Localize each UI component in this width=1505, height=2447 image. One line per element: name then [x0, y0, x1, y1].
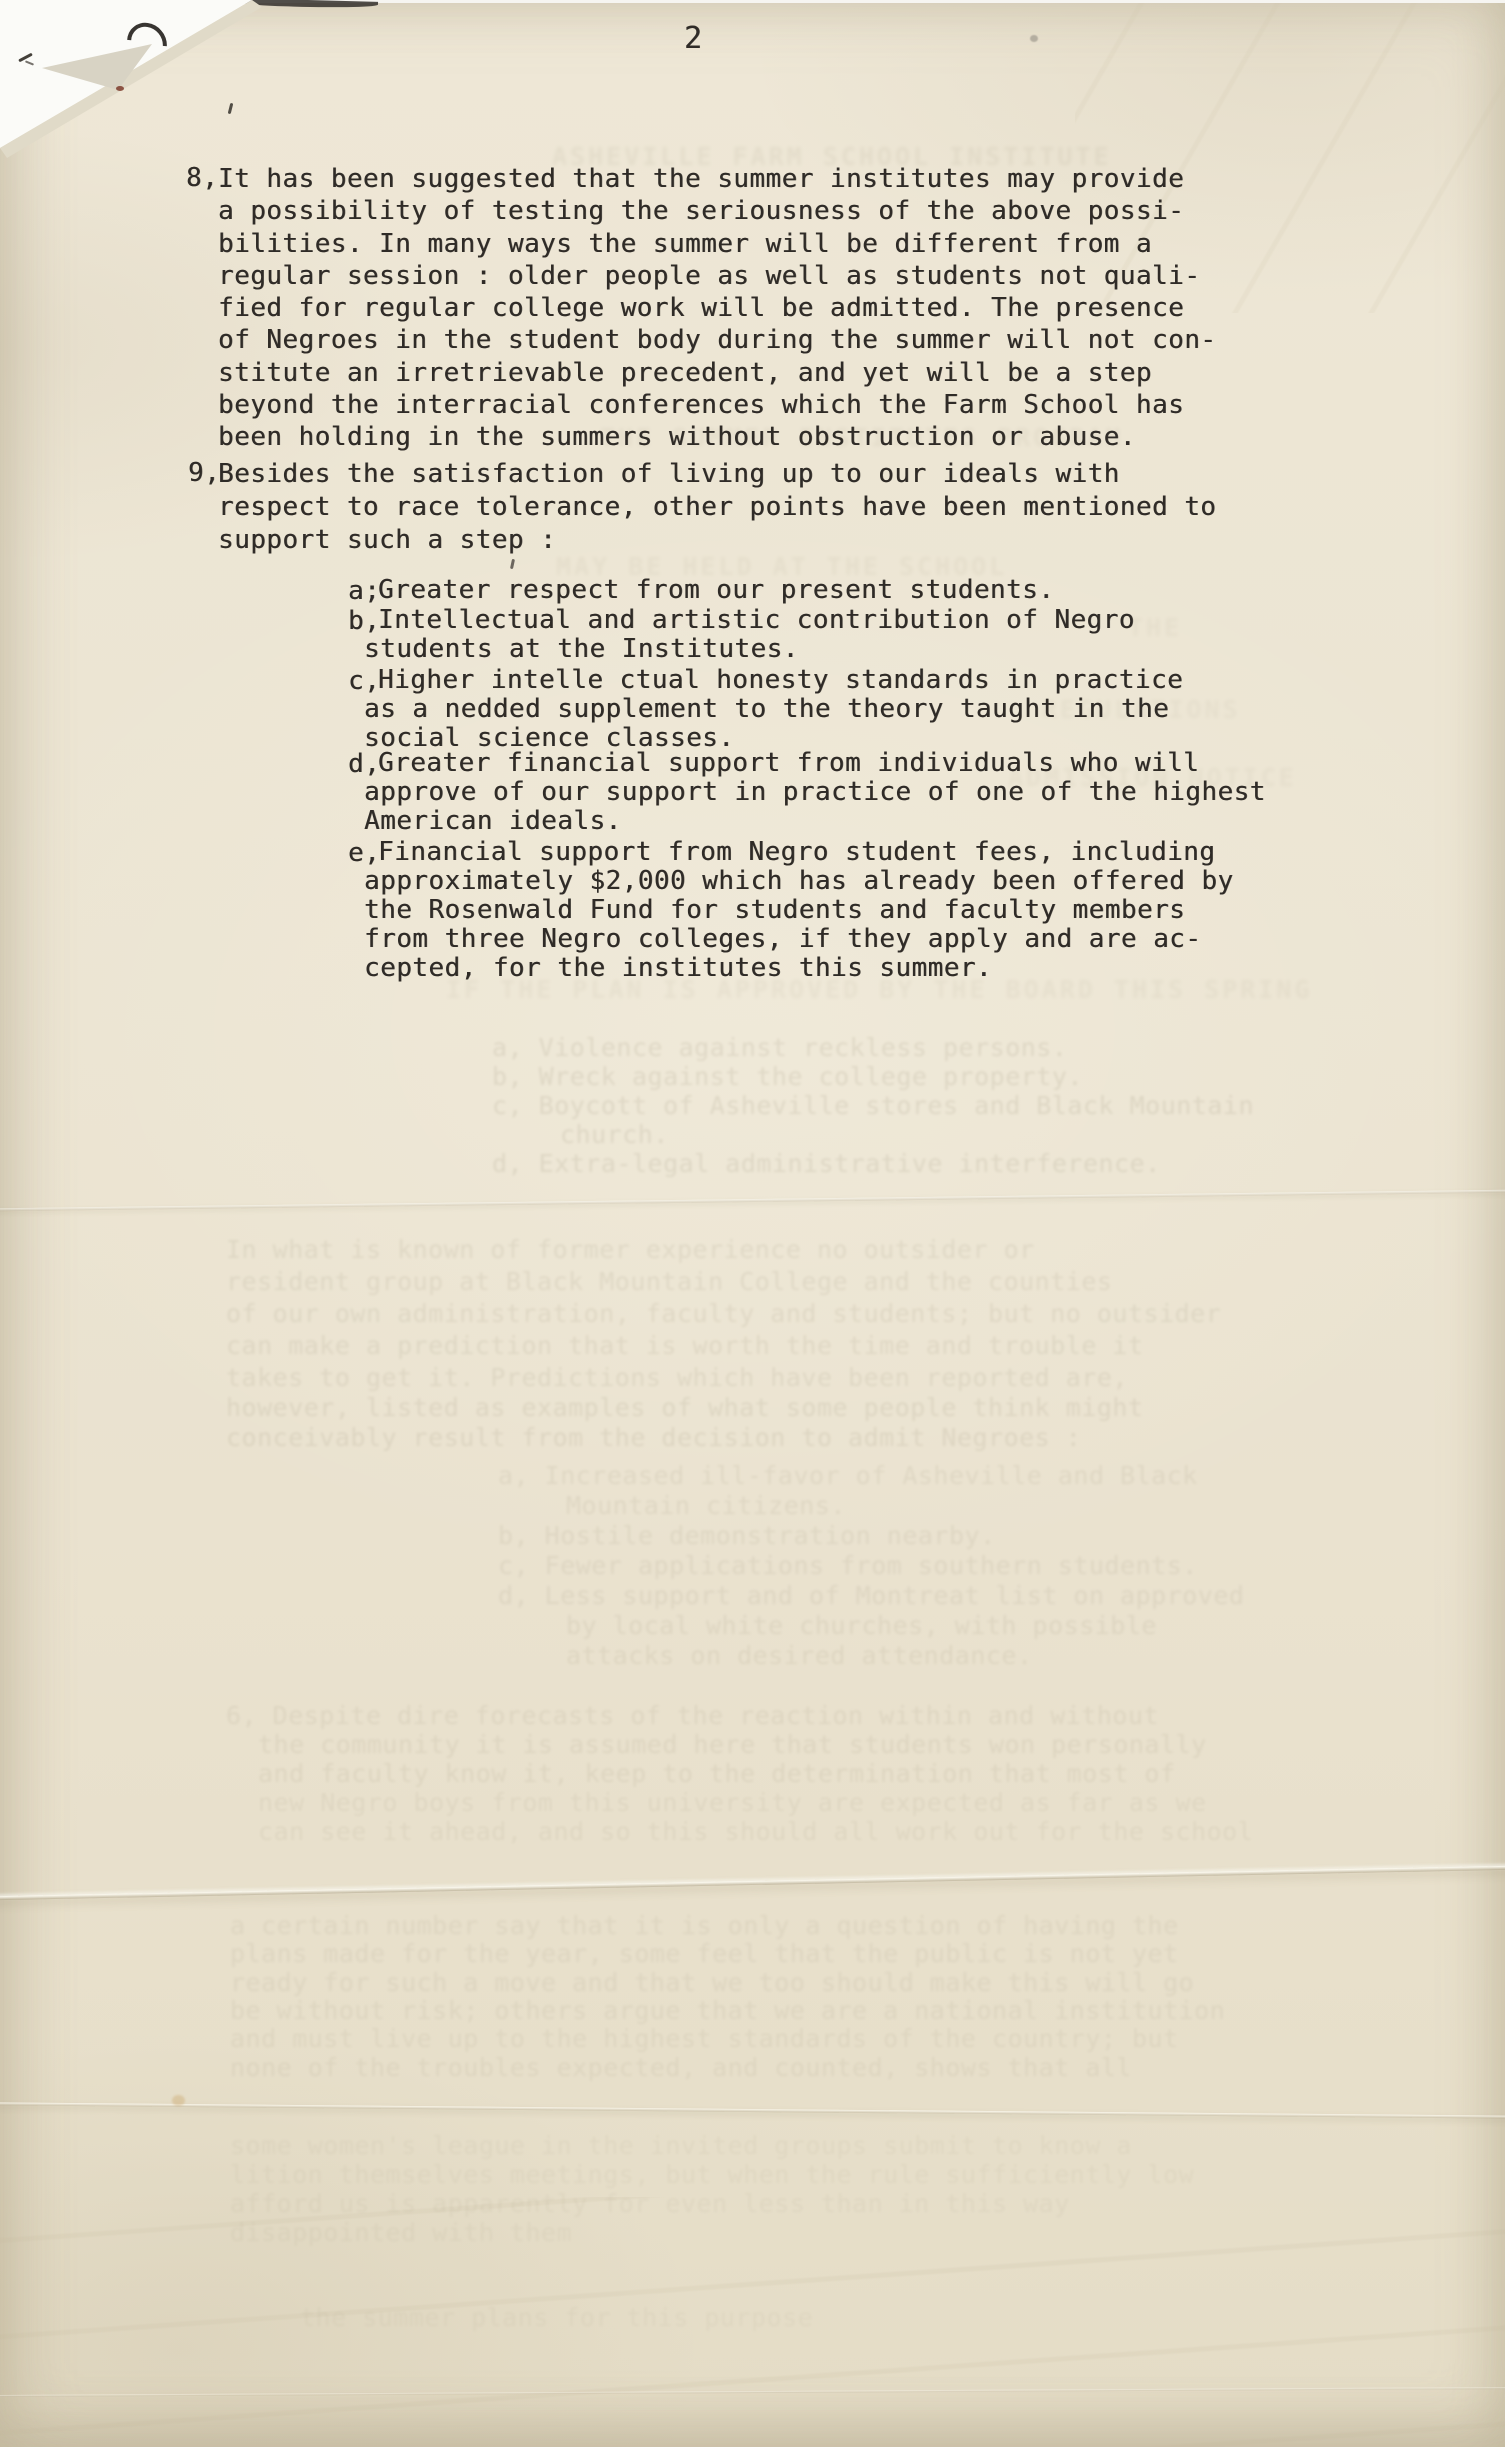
paragraph-8-marker: 8, [186, 163, 218, 193]
paragraph-8-text: It has been suggested that the summer in… [218, 163, 1216, 454]
ghost-text-line: c, Boycott of Asheville stores and Black… [492, 1091, 1254, 1120]
paper-stain [172, 2095, 185, 2106]
paper-sheet: ASHEVILLE FARM SCHOOL INSTITUTETHE SUMME… [0, 3, 1505, 2447]
paragraph-9-text: Besides the satisfaction of living up to… [218, 458, 1216, 557]
ghost-text-line: the community it is assumed here that st… [258, 1730, 1207, 1759]
ghost-text-line: conceivably result from the decision to … [226, 1423, 1081, 1452]
ghost-text-line: ready for such a move and that we too sh… [230, 1968, 1194, 1997]
fold-crease-bottom [0, 2387, 1505, 2397]
ghost-text-line: none of the troubles expected, and count… [230, 2053, 1132, 2082]
ghost-text-line: church. [560, 1120, 669, 1149]
ghost-text-line: a certain number say that it is only a q… [230, 1911, 1179, 1940]
paper-speck [1030, 35, 1038, 42]
ghost-text-line: and must live up to the highest standard… [230, 2024, 1179, 2053]
ghost-text-line: can see it ahead, and so this should all… [258, 1817, 1253, 1846]
ghost-text-line: 6, Despite dire forecasts of the reactio… [226, 1701, 1159, 1730]
ghost-text-line: Mountain citizens. [566, 1491, 846, 1520]
ghost-text-line: plans made for the year, some feel that … [230, 1939, 1179, 1968]
ghost-text-line: be without risk; others argue that we ar… [230, 1996, 1225, 2025]
ghost-text-line: attacks on desired attendance. [566, 1641, 1033, 1670]
ghost-text-line: In what is known of former experience no… [226, 1235, 1035, 1264]
scanned-document-page: ASHEVILLE FARM SCHOOL INSTITUTETHE SUMME… [0, 0, 1505, 2447]
ghost-text-line: c, Fewer applications from southern stud… [498, 1551, 1198, 1580]
list-item-e-text: Financial support from Negro student fee… [364, 838, 1234, 983]
ghost-text-line: d, Less support and of Montreat list on … [498, 1581, 1244, 1610]
ghost-text-line: and faculty know it, keep to the determi… [258, 1759, 1176, 1788]
list-item-c-text: Higher intelle ctual honesty standards i… [364, 666, 1183, 753]
ghost-text-line: resident group at Black Mountain College… [226, 1267, 1112, 1296]
ghost-text-line: of our own administration, faculty and s… [226, 1299, 1221, 1328]
ghost-text-line: new Negro boys from this university are … [258, 1788, 1207, 1817]
ghost-text-line: by local white churches, with possible [566, 1611, 1157, 1640]
ghost-text-line: a, Violence against reckless persons. [492, 1033, 1067, 1062]
stray-ink-mark [510, 559, 515, 569]
ghost-text-line: THE [1128, 613, 1182, 642]
page-number: 2 [684, 21, 702, 56]
list-item-a-text: Greater respect from our present student… [364, 576, 1054, 605]
ghost-text-line: a, Increased ill-favor of Asheville and … [498, 1461, 1198, 1490]
ghost-text-line: d, Extra-legal administrative interferen… [492, 1149, 1161, 1178]
ghost-text-line: takes to get it. Predictions which have … [226, 1363, 1128, 1392]
fold-crease-upper [0, 1190, 1505, 1212]
ghost-text-line: lition themselves meetings, but when the… [230, 2160, 1194, 2189]
fold-crease-lower [0, 2102, 1505, 2118]
paragraph-9-marker: 9, [188, 458, 220, 488]
fold-crease-main [0, 1866, 1505, 1901]
ghost-text-line: disappointed with them [230, 2218, 572, 2247]
ghost-text-line: afford us is apparently for even less th… [230, 2189, 1070, 2218]
rust-speck [116, 86, 124, 91]
ghost-text-line: can make a prediction that is worth the … [226, 1331, 1144, 1360]
list-item-d-text: Greater financial support from individua… [364, 749, 1266, 836]
ghost-text-line: b, Wreck against the college property. [492, 1062, 1083, 1091]
ghost-text-line: some women's league in the invited group… [230, 2131, 1132, 2160]
list-item-b-text: Intellectual and artistic contribution o… [364, 606, 1135, 664]
ghost-text-line: the summer plans for this purpose [300, 2303, 813, 2332]
stray-ink-mark [228, 103, 234, 114]
ghost-text-line: however, listed as examples of what some… [226, 1393, 1144, 1422]
ghost-text-line: b, Hostile demonstration nearby. [498, 1521, 996, 1550]
